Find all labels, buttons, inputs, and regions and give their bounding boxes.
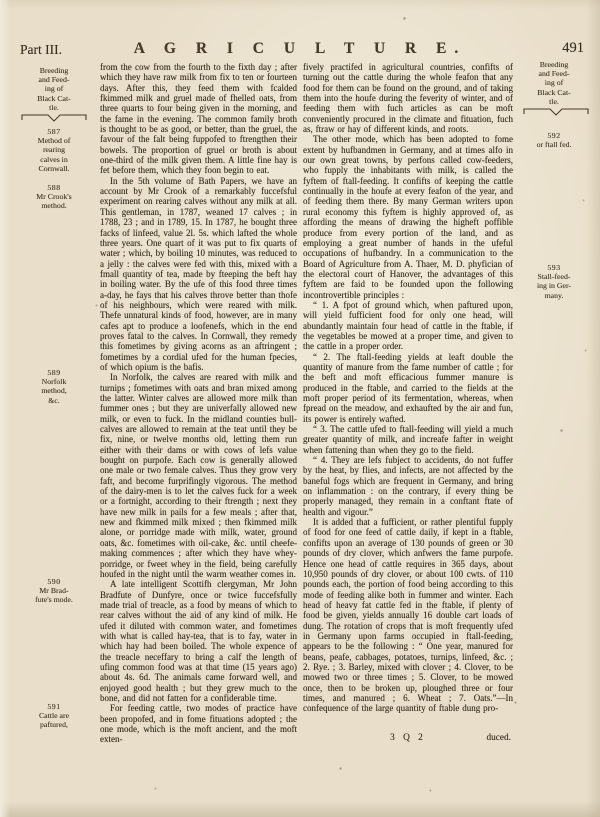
paragraph: fively practifed in agricultural countri… [303,62,513,134]
running-head-title: A G R I C U L T U R E. [0,40,600,58]
paper-specks [0,0,1,1]
paragraph: In the 5th volume of Bath Papers, we hav… [100,176,297,373]
paragraph: “ 3. The cattle ufed to ftall-feeding wi… [303,424,513,455]
paragraph: “ 1. A fpot of ground which, when paftur… [303,300,513,352]
sidenote-text: Method of rearing calves in Cornwall. [12,136,96,173]
sidenote-593: 593 Stall-feed- ing in Ger- many. [514,263,594,300]
sidenote-text: Cattle are paftured, [12,711,96,729]
sidenote-587: 587 Method of rearing calves in Cornwall… [12,127,96,173]
paragraph: In Norfolk, the calves are reared with m… [100,372,297,579]
paragraph: The other mode, which has been adopted t… [303,134,513,300]
sidenote-ref: 589 [12,368,96,377]
continuation-brace-icon [20,113,88,122]
running-head-page-number: 491 [562,40,584,57]
sidenote-ref: 587 [12,127,96,136]
scanned-book-page: Part III. A G R I C U L T U R E. 491 Bre… [0,0,600,817]
sidenote-588: 588 Mr Crook's method. [12,183,96,211]
page-footer: 3 Q 2 duced. [303,733,513,745]
sidenote-592: 592 or ftall fed. [514,131,594,149]
sidenote-text: Mr Brad- fute's mode. [12,586,96,604]
paragraph: It is added that a fufficient, or rather… [303,517,513,714]
paragraph: For feeding cattle, two modes of practic… [100,703,297,744]
sidenote-group-label: Breeding and Feed- ing of Black Cat- tle… [12,66,96,112]
paragraph: A late intelligent Scottifh clergyman, M… [100,579,297,703]
sidenote-text: Norfolk method, &c. [12,377,96,405]
sidenote-590: 590 Mr Brad- fute's mode. [12,577,96,605]
sidenote-591: 591 Cattle are paftured, [12,702,96,730]
text-column-right: fively practifed in agricultural countri… [303,62,513,714]
paragraph: from the cow from the fourth to the fixt… [100,62,297,176]
sidenote-text: or ftall fed. [514,140,594,149]
sidenote-ref: 592 [514,131,594,140]
paragraph: “ 4. They are lefs fubject to accidents,… [303,455,513,517]
signature-mark: 3 Q 2 [303,733,513,743]
sidenote-ref: 588 [12,183,96,192]
sidenote-ref: 591 [12,702,96,711]
text-column-left: from the cow from the fourth to the fixt… [100,62,297,745]
sidenote-589: 589 Norfolk method, &c. [12,368,96,405]
running-head: Part III. A G R I C U L T U R E. 491 [0,40,600,62]
sidenote-text: Stall-feed- ing in Ger- many. [514,272,594,300]
sidenote-group-label: Breeding and Feed- ing of Black Cat- tle… [514,60,594,106]
sidenote-ref: 590 [12,577,96,586]
paragraph: “ 2. The ftall-feeding yields at leaft d… [303,352,513,424]
sidenote-text: Mr Crook's method. [12,192,96,210]
continuation-brace-icon [522,107,590,116]
catchword: duced. [486,733,511,743]
sidenote-ref: 593 [514,263,594,272]
